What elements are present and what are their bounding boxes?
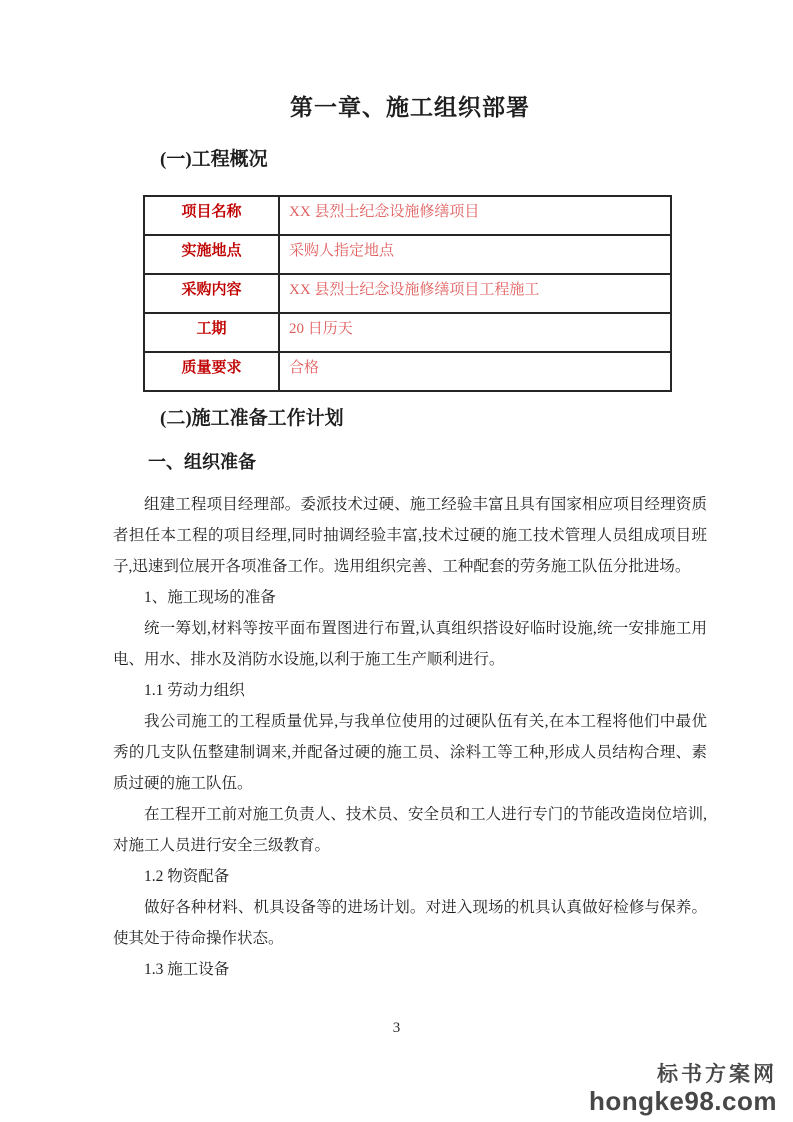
row-label-procurement: 采购内容 [144,274,279,313]
numbered-subheading: 1、施工现场的准备 [113,582,707,613]
watermark-site-name: 标书方案网 [589,1063,777,1087]
chapter-title: 第一章、施工组织部署 [113,91,707,124]
document-content: 第一章、施工组织部署 (一)工程概况 项目名称 XX 县烈士纪念设施修缮项目 实… [113,0,707,985]
paragraph: 统一筹划,材料等按平面布置图进行布置,认真组织搭设好临时设施,统一安排施工用电、… [113,613,707,675]
body-text-block: 组建工程项目经理部。委派技术过硬、施工经验丰富且具有国家相应项目经理资质者担任本… [113,489,707,985]
numbered-subheading: 1.1 劳动力组织 [113,675,707,706]
row-value-project-name: XX 县烈士纪念设施修缮项目 [279,196,671,235]
watermark-site-url: hongke98.com [589,1087,777,1116]
section-heading-preparation-plan: (二)施工准备工作计划 [160,405,707,433]
paragraph: 组建工程项目经理部。委派技术过硬、施工经验丰富且具有国家相应项目经理资质者担任本… [113,489,707,582]
site-watermark: 标书方案网 hongke98.com [589,1063,777,1116]
table-row: 工期 20 日历天 [144,313,671,352]
document-page: 第一章、施工组织部署 (一)工程概况 项目名称 XX 县烈士纪念设施修缮项目 实… [0,0,793,1122]
numbered-subheading: 1.2 物资配备 [113,861,707,892]
paragraph: 在工程开工前对施工负责人、技术员、安全员和工人进行专门的节能改造岗位培训,对施工… [113,799,707,861]
table-row: 采购内容 XX 县烈士纪念设施修缮项目工程施工 [144,274,671,313]
row-label-quality: 质量要求 [144,352,279,391]
page-number: 3 [0,1020,793,1037]
row-value-quality: 合格 [279,352,671,391]
paragraph: 做好各种材料、机具设备等的进场计划。对进入现场的机具认真做好检修与保养。使其处于… [113,892,707,954]
numbered-subheading: 1.3 施工设备 [113,954,707,985]
row-value-duration: 20 日历天 [279,313,671,352]
table-row: 质量要求 合格 [144,352,671,391]
row-label-location: 实施地点 [144,235,279,274]
row-value-procurement: XX 县烈士纪念设施修缮项目工程施工 [279,274,671,313]
row-label-duration: 工期 [144,313,279,352]
project-overview-table: 项目名称 XX 县烈士纪念设施修缮项目 实施地点 采购人指定地点 采购内容 XX… [143,195,672,392]
row-label-project-name: 项目名称 [144,196,279,235]
row-value-location: 采购人指定地点 [279,235,671,274]
paragraph: 我公司施工的工程质量优异,与我单位使用的过硬队伍有关,在本工程将他们中最优秀的几… [113,706,707,799]
table-row: 项目名称 XX 县烈士纪念设施修缮项目 [144,196,671,235]
subsection-heading-organization: 一、组织准备 [148,449,707,475]
section-heading-overview: (一)工程概况 [160,146,707,174]
table-row: 实施地点 采购人指定地点 [144,235,671,274]
